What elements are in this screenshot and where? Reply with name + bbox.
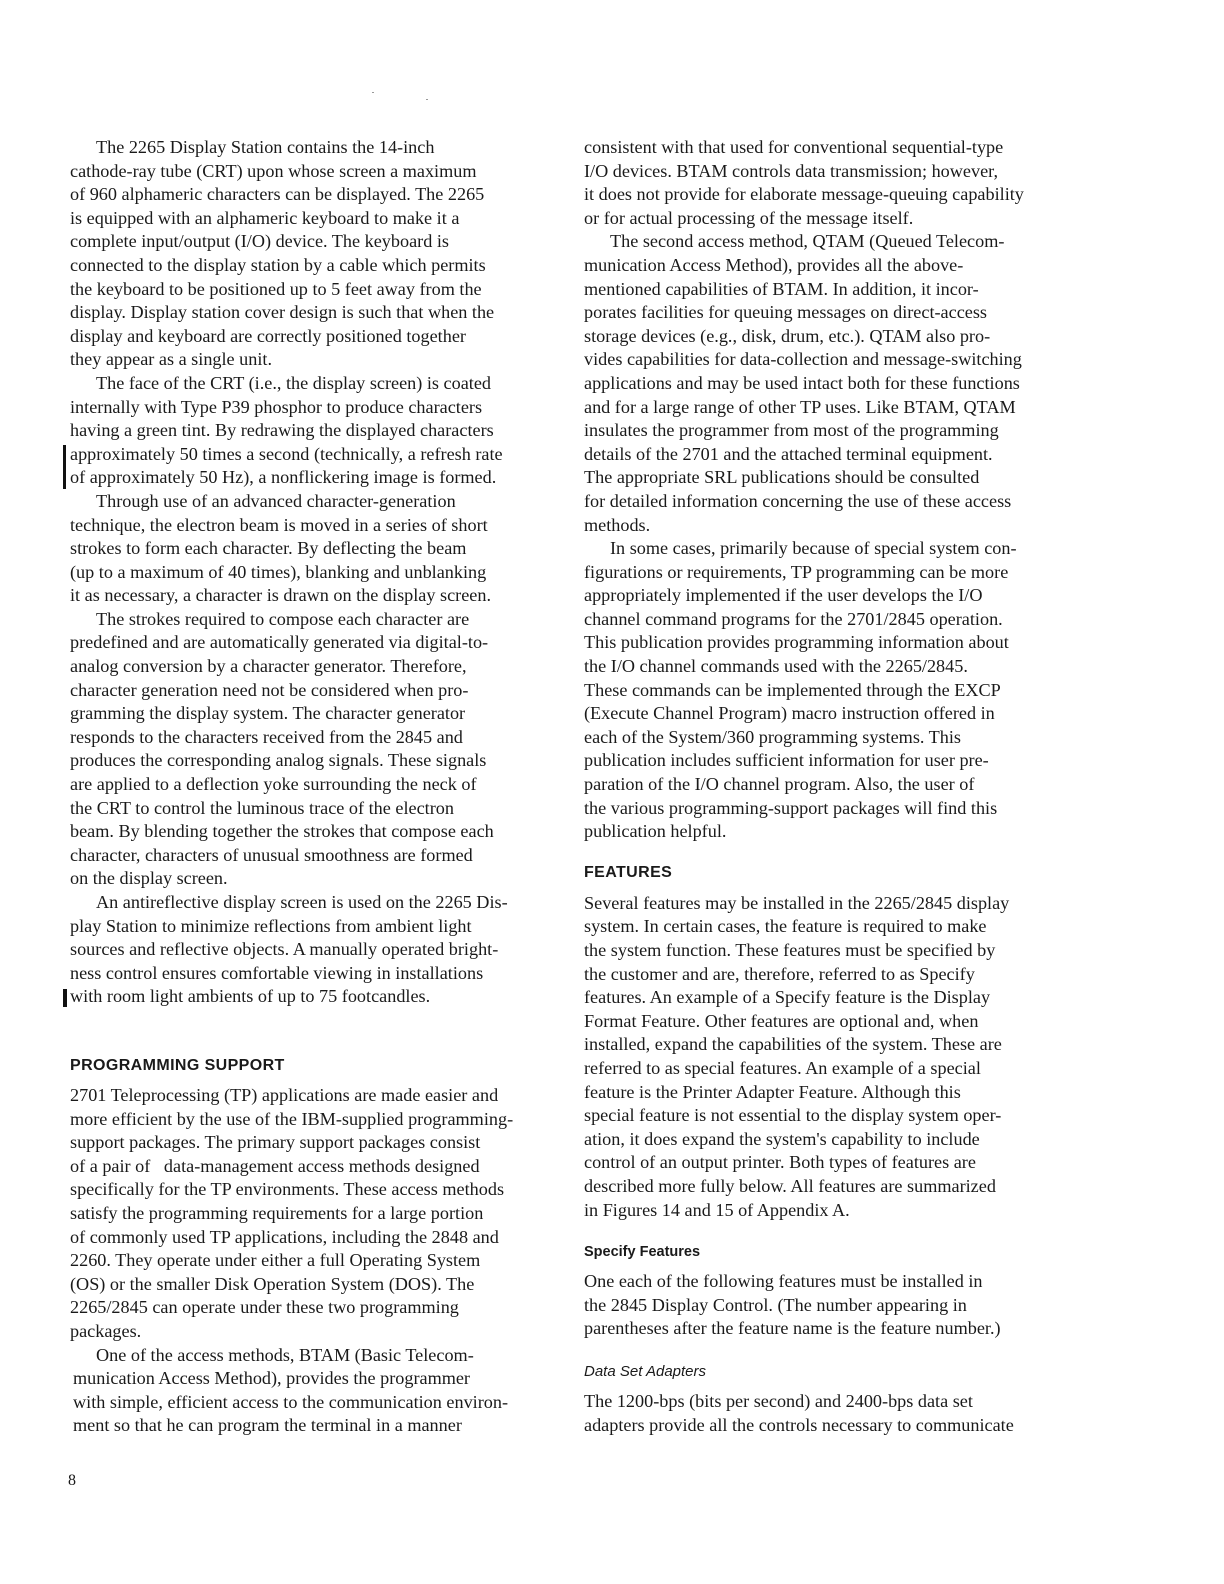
text-line: vides capabilities for data-collection a… xyxy=(584,348,1068,372)
text-line: character generation need not be conside… xyxy=(70,679,560,703)
text-line: feature is the Printer Adapter Feature. … xyxy=(584,1081,1068,1105)
text-line: 2260. They operate under either a full O… xyxy=(70,1249,560,1273)
text-line: complete input/output (I/O) device. The … xyxy=(70,230,560,254)
text-line: the I/O channel commands used with the 2… xyxy=(584,655,1068,679)
text-line: channel command programs for the 2701/28… xyxy=(584,608,1068,632)
left-column: The 2265 Display Station contains the 14… xyxy=(70,136,560,1438)
subheading-data-set-adapters: Data Set Adapters xyxy=(584,1363,1068,1380)
text-line: strokes to form each character. By defle… xyxy=(70,537,560,561)
text-line: support packages. The primary support pa… xyxy=(70,1131,560,1155)
text-line: described more fully below. All features… xyxy=(584,1175,1068,1199)
text-line: technique, the electron beam is moved in… xyxy=(70,514,560,538)
section-heading-programming-support: PROGRAMMING SUPPORT xyxy=(70,1057,560,1075)
text-line: publication helpful. xyxy=(584,820,1068,844)
text-line: adapters provide all the controls necess… xyxy=(584,1414,1068,1438)
text-line: publication includes sufficient informat… xyxy=(584,749,1068,773)
text-line: appropriately implemented if the user de… xyxy=(584,584,1068,608)
text-line: the system function. These features must… xyxy=(584,939,1068,963)
section-heading-features: FEATURES xyxy=(584,864,1068,882)
text-line: features. An example of a Specify featur… xyxy=(584,986,1068,1010)
text-line: ment so that he can program the terminal… xyxy=(70,1414,560,1438)
text-line: ness control ensures comfortable viewing… xyxy=(70,962,560,986)
text-line: the CRT to control the luminous trace of… xyxy=(70,797,560,821)
paragraph-features: Several features may be installed in the… xyxy=(584,892,1068,1222)
text-line: (OS) or the smaller Disk Operation Syste… xyxy=(70,1273,560,1297)
text-line: for detailed information concerning the … xyxy=(584,490,1068,514)
text-line: storage devices (e.g., disk, drum, etc.)… xyxy=(584,325,1068,349)
paragraph-specify-features: One each of the following features must … xyxy=(584,1270,1068,1341)
text-line: munication Access Method), provides all … xyxy=(584,254,1068,278)
text-line: produces the corresponding analog signal… xyxy=(70,749,560,773)
text-line: or for actual processing of the message … xyxy=(584,207,1068,231)
text-line: on the display screen. xyxy=(70,867,560,891)
scan-speck xyxy=(372,92,374,93)
text-line: display and keyboard are correctly posit… xyxy=(70,325,560,349)
text-line: the keyboard to be positioned up to 5 fe… xyxy=(70,278,560,302)
text-line: An antireflective display screen is used… xyxy=(70,891,560,915)
page-number: 8 xyxy=(68,1472,76,1490)
text-line: methods. xyxy=(584,514,1068,538)
text-line: gramming the display system. The charact… xyxy=(70,702,560,726)
text-line: Through use of an advanced character-gen… xyxy=(70,490,560,514)
text-line: The face of the CRT (i.e., the display s… xyxy=(70,372,560,396)
text-line: predefined and are automatically generat… xyxy=(70,631,560,655)
revision-bar xyxy=(63,445,66,489)
text-line: I/O devices. BTAM controls data transmis… xyxy=(584,160,1068,184)
text-line: system. In certain cases, the feature is… xyxy=(584,915,1068,939)
text-line: each of the System/360 programming syste… xyxy=(584,726,1068,750)
text-line: control of an output printer. Both types… xyxy=(584,1151,1068,1175)
text-line: This publication provides programming in… xyxy=(584,631,1068,655)
paragraph-tp-applications: 2701 Teleprocessing (TP) applications ar… xyxy=(70,1084,560,1344)
text-line: the customer and are, therefore, referre… xyxy=(584,963,1068,987)
text-line: mentioned capabilities of BTAM. In addit… xyxy=(584,278,1068,302)
text-line: 2701 Teleprocessing (TP) applications ar… xyxy=(70,1084,560,1108)
text-line: in Figures 14 and 15 of Appendix A. xyxy=(584,1199,1068,1223)
text-line: (up to a maximum of 40 times), blanking … xyxy=(70,561,560,585)
text-line: special feature is not essential to the … xyxy=(584,1104,1068,1128)
text-line: of commonly used TP applications, includ… xyxy=(70,1226,560,1250)
text-line: The 2265 Display Station contains the 14… xyxy=(70,136,560,160)
paragraph-display-station: The 2265 Display Station contains the 14… xyxy=(70,136,560,372)
text-line: These commands can be implemented throug… xyxy=(584,679,1068,703)
text-line: specifically for the TP environments. Th… xyxy=(70,1178,560,1202)
text-line: figurations or requirements, TP programm… xyxy=(584,561,1068,585)
revision-bar xyxy=(63,989,67,1007)
text-line: (Execute Channel Program) macro instruct… xyxy=(584,702,1068,726)
text-line: paration of the I/O channel program. Als… xyxy=(584,773,1068,797)
text-line: The appropriate SRL publications should … xyxy=(584,466,1068,490)
text-line: cathode-ray tube (CRT) upon whose screen… xyxy=(70,160,560,184)
text-line: The strokes required to compose each cha… xyxy=(70,608,560,632)
text-line: character, characters of unusual smoothn… xyxy=(70,844,560,868)
paragraph-character-generation: Through use of an advanced character-gen… xyxy=(70,490,560,608)
text-line: 2265/2845 can operate under these two pr… xyxy=(70,1296,560,1320)
text-line: connected to the display station by a ca… xyxy=(70,254,560,278)
text-line: of approximately 50 Hz), a nonflickering… xyxy=(70,466,560,490)
paragraph-btam: One of the access methods, BTAM (Basic T… xyxy=(70,1344,560,1438)
text-line: is equipped with an alphameric keyboard … xyxy=(70,207,560,231)
paragraph-strokes: The strokes required to compose each cha… xyxy=(70,608,560,891)
text-line: analog conversion by a character generat… xyxy=(70,655,560,679)
text-line: referred to as special features. An exam… xyxy=(584,1057,1068,1081)
paragraph-crt-face: The face of the CRT (i.e., the display s… xyxy=(70,372,560,490)
text-line: sources and reflective objects. A manual… xyxy=(70,938,560,962)
text-line: Format Feature. Other features are optio… xyxy=(584,1010,1068,1034)
text-line: display. Display station cover design is… xyxy=(70,301,560,325)
text-line: internally with Type P39 phosphor to pro… xyxy=(70,396,560,420)
text-line: with simple, efficient access to the com… xyxy=(70,1391,560,1415)
text-line: and for a large range of other TP uses. … xyxy=(584,396,1068,420)
text-line: approximately 50 times a second (technic… xyxy=(70,443,560,467)
text-line: it does not provide for elaborate messag… xyxy=(584,183,1068,207)
text-line: insulates the programmer from most of th… xyxy=(584,419,1068,443)
right-column: consistent with that used for convention… xyxy=(584,136,1068,1437)
text-line: play Station to minimize reflections fro… xyxy=(70,915,560,939)
text-line: satisfy the programming requirements for… xyxy=(70,1202,560,1226)
text-line: parentheses after the feature name is th… xyxy=(584,1317,1068,1341)
scan-speck xyxy=(426,99,428,100)
paragraph-btam-continued: consistent with that used for convention… xyxy=(584,136,1068,230)
subheading-specify-features: Specify Features xyxy=(584,1244,1068,1260)
text-line: the various programming-support packages… xyxy=(584,797,1068,821)
text-line: with room light ambients of up to 75 foo… xyxy=(70,985,560,1009)
text-line: The 1200-bps (bits per second) and 2400-… xyxy=(584,1390,1068,1414)
text-line: the 2845 Display Control. (The number ap… xyxy=(584,1294,1068,1318)
paragraph-excp: In some cases, primarily because of spec… xyxy=(584,537,1068,844)
text-line: responds to the characters received from… xyxy=(70,726,560,750)
text-line: ation, it does expand the system's capab… xyxy=(584,1128,1068,1152)
text-line: porates facilities for queuing messages … xyxy=(584,301,1068,325)
text-line: munication Access Method), provides the … xyxy=(70,1367,560,1391)
text-line: it as necessary, a character is drawn on… xyxy=(70,584,560,608)
text-line: of 960 alphameric characters can be disp… xyxy=(70,183,560,207)
paragraph-antireflective: An antireflective display screen is used… xyxy=(70,891,560,1009)
text-line: applications and may be used intact both… xyxy=(584,372,1068,396)
text-line: they appear as a single unit. xyxy=(70,348,560,372)
text-line: Several features may be installed in the… xyxy=(584,892,1068,916)
text-line: details of the 2701 and the attached ter… xyxy=(584,443,1068,467)
text-line: of a pair of data-management access meth… xyxy=(70,1155,560,1179)
text-line: packages. xyxy=(70,1320,560,1344)
paragraph-qtam: The second access method, QTAM (Queued T… xyxy=(584,230,1068,537)
text-line: One each of the following features must … xyxy=(584,1270,1068,1294)
text-line: In some cases, primarily because of spec… xyxy=(584,537,1068,561)
text-line: are applied to a deflection yoke surroun… xyxy=(70,773,560,797)
text-line: beam. By blending together the strokes t… xyxy=(70,820,560,844)
text-line: One of the access methods, BTAM (Basic T… xyxy=(70,1344,560,1368)
text-line: more efficient by the use of the IBM-sup… xyxy=(70,1108,560,1132)
paragraph-data-set-adapters: The 1200-bps (bits per second) and 2400-… xyxy=(584,1390,1068,1437)
text-line: installed, expand the capabilities of th… xyxy=(584,1033,1068,1057)
text-line: consistent with that used for convention… xyxy=(584,136,1068,160)
text-line: having a green tint. By redrawing the di… xyxy=(70,419,560,443)
text-line: The second access method, QTAM (Queued T… xyxy=(584,230,1068,254)
